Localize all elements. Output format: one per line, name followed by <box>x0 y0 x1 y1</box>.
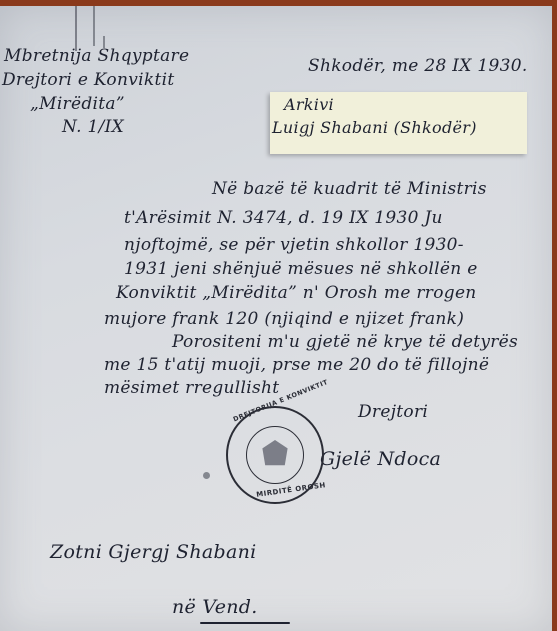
letterhead-directorate: Drejtori e Konviktit <box>2 70 174 90</box>
body-line: mësimet rregullisht <box>104 378 279 398</box>
archive-label: Arkivi Luigj Shabani (Shkodër) <box>270 92 527 154</box>
letterhead-kingdom: Mbretnija Shqyptare <box>4 46 189 66</box>
signatory-name: Gjelë Ndoca <box>320 448 441 470</box>
body-line: Konviktit „Mirëdita” n' Orosh me rrogen <box>116 283 477 303</box>
addressee-location: në Vend. <box>172 596 258 618</box>
seal-bottom-text: MIRDITË OROSH <box>256 481 326 499</box>
body-line: njoftojmë, se për vjetin shkollor 1930- <box>124 235 464 255</box>
official-seal: DREJTORIJA E KONVIKTIT MIRDITË OROSH <box>226 406 324 504</box>
body-line: 1931 jeni shënjuë mësues në shkollën e <box>124 259 478 279</box>
archive-label-title: Arkivi <box>284 95 334 114</box>
addressee-underline <box>200 622 290 624</box>
letter-page: Mbretnija Shqyptare Drejtori e Konviktit… <box>0 6 552 631</box>
ink-blot <box>203 472 210 479</box>
signatory-title: Drejtori <box>358 402 428 422</box>
letterhead-institution: „Mirëdita” <box>30 94 125 114</box>
seal-inner-ring <box>246 426 304 484</box>
body-line: mujore frank 120 (njiqind e njizet frank… <box>104 309 464 329</box>
seal-emblem-icon <box>261 440 289 468</box>
addressee-name: Zotni Gjergj Shabani <box>50 541 257 563</box>
body-line: me 15 t'atij muoji, prse me 20 do të fil… <box>104 355 489 375</box>
body-line: Porositeni m'u gjetë në krye të detyrës <box>172 332 518 352</box>
pen-stroke-mark <box>75 6 77 51</box>
letterhead-number: N. 1/IX <box>62 117 124 137</box>
body-line: t'Arësimit N. 3474, d. 19 IX 1930 Ju <box>124 208 443 228</box>
pen-stroke-mark <box>93 6 95 46</box>
archive-label-source: Luigj Shabani (Shkodër) <box>272 118 477 137</box>
body-line: Në bazë të kuadrit të Ministris <box>212 179 487 199</box>
place-date: Shkodër, me 28 IX 1930. <box>308 56 528 76</box>
